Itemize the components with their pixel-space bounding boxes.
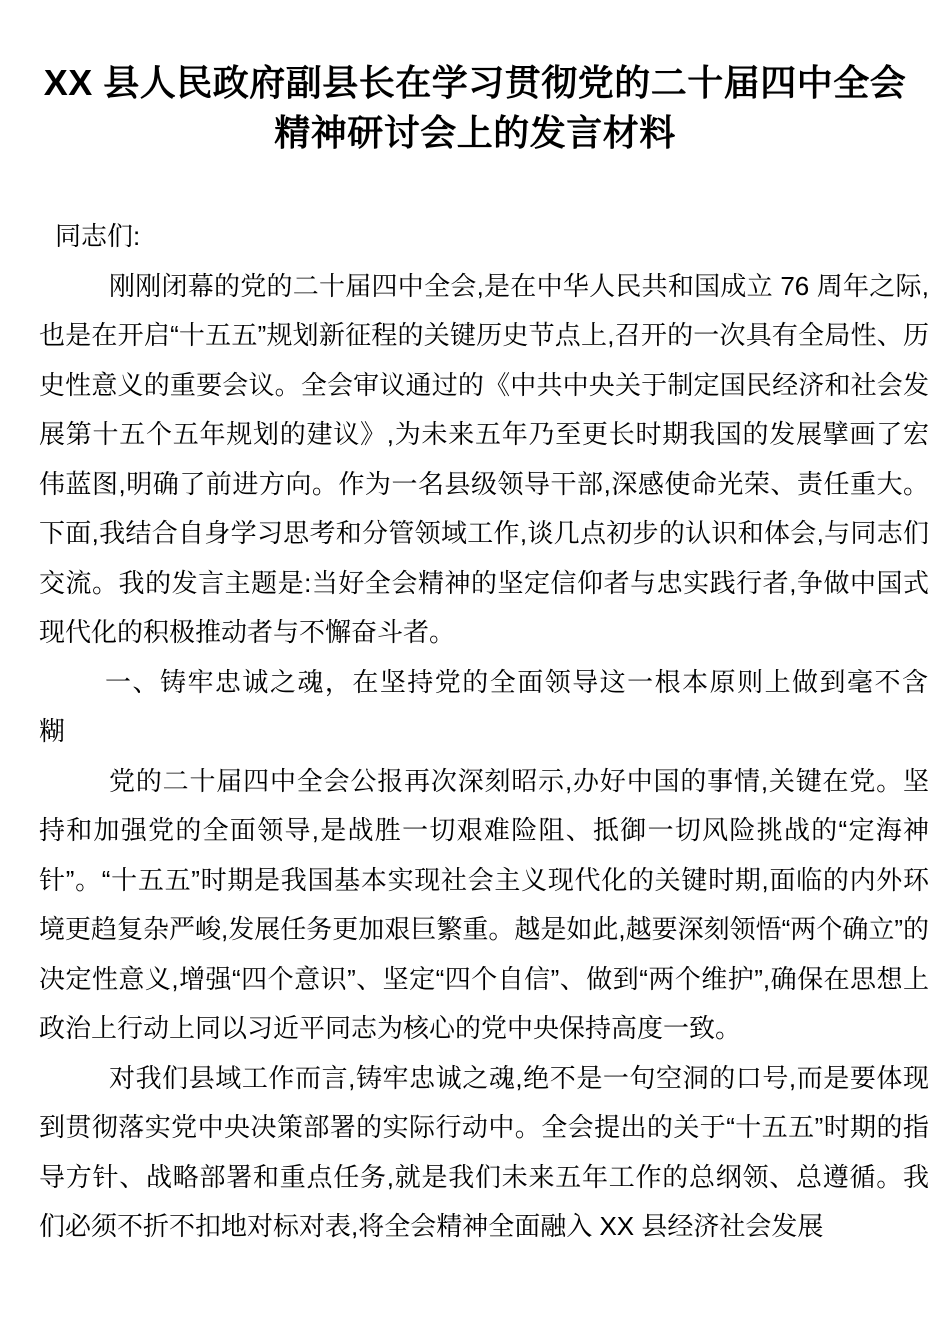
document-page: XX 县人民政府副县长在学习贯彻党的二十届四中全会精神研讨会上的发言材料 同志们…: [0, 0, 950, 1344]
document-body: 同志们: 刚刚闭幕的党的二十届四中全会,是在中华人民共和国成立 76 周年之际,…: [0, 212, 950, 1252]
paragraph-section-1b: 对我们县域工作而言,铸牢忠诚之魂,绝不是一句空洞的口号,而是要体现到贯彻落实党中…: [39, 1054, 929, 1252]
paragraph-intro: 刚刚闭幕的党的二十届四中全会,是在中华人民共和国成立 76 周年之际,也是在开启…: [39, 262, 929, 658]
document-title: XX 县人民政府副县长在学习贯彻党的二十届四中全会精神研讨会上的发言材料: [40, 0, 910, 158]
section-heading-1: 一、铸牢忠诚之魂，在坚持党的全面领导这一根本原则上做到毫不含糊: [39, 658, 929, 757]
salutation-line: 同志们:: [39, 212, 929, 262]
paragraph-section-1a: 党的二十届四中全会公报再次深刻昭示,办好中国的事情,关键在党。坚持和加强党的全面…: [39, 757, 929, 1054]
